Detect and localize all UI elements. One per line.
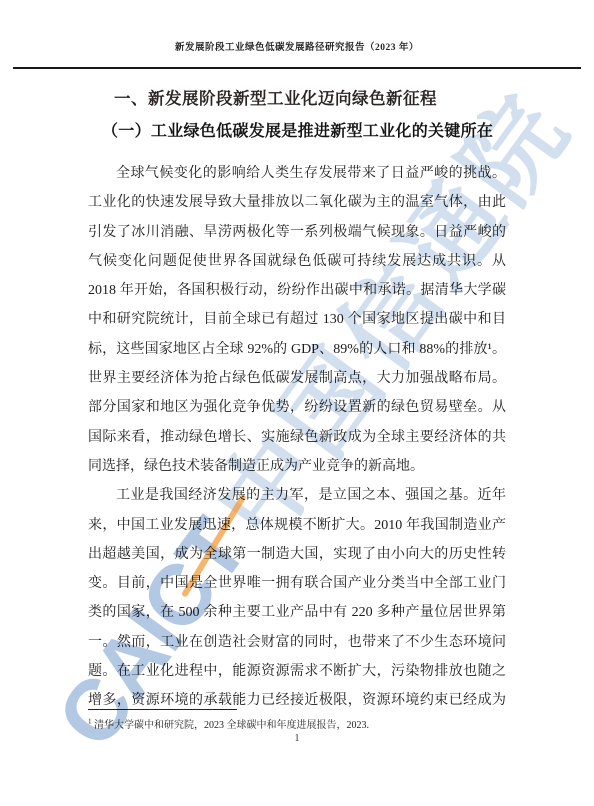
body-text: 全球气候变化的影响给人类生存发展带来了日益严峻的挑战。工业化的快速发展导致大量排… xyxy=(88,159,506,716)
body-line: 增多，资源环境的承载能力已经接近极限，资源环境约束已经成为 xyxy=(88,686,506,715)
body-line: 来，中国工业发展迅速，总体规模不断扩大。2010 年我国制造业产 xyxy=(88,511,506,540)
body-line: 全球气候变化的影响给人类生存发展带来了日益严峻的挑战。 xyxy=(88,159,506,188)
header-rule xyxy=(13,67,581,69)
body-line: 工业是我国经济发展的主力军，是立国之本、强国之基。近年 xyxy=(88,481,506,510)
body-line: 引发了冰川消融、旱涝两极化等一系列极端气候现象。日益严峻的 xyxy=(88,218,506,247)
footnote: 1 清华大学碳中和研究院，2023 全球碳中和年度进展报告，2023. xyxy=(88,716,506,731)
body-line: 标，这些国家地区占全球 92%的 GDP、89%的人口和 88%的排放¹。 xyxy=(88,335,506,364)
footnote-text: 清华大学碳中和研究院，2023 全球碳中和年度进展报告，2023. xyxy=(94,720,369,731)
section-heading: 一、新发展阶段新型工业化迈向绿色新征程 xyxy=(114,85,437,109)
body-line: 一。然而，工业在创造社会财富的同时，也带来了不少生态环境问 xyxy=(88,628,506,657)
body-line: 国际来看，推动绿色增长、实施绿色新政成为全球主要经济体的共 xyxy=(88,423,506,452)
document-page: 新发展阶段工业绿色低碳发展路径研究报告（2023 年） 一、新发展阶段新型工业化… xyxy=(0,0,594,806)
body-line: 出超越美国，成为全球第一制造大国，实现了由小向大的历史性转 xyxy=(88,540,506,569)
body-line: 部分国家和地区为强化竞争优势，纷纷设置新的绿色贸易壁垒。从 xyxy=(88,393,506,422)
body-line: 题。在工业化进程中，能源资源需求不断扩大，污染物排放也随之 xyxy=(88,657,506,686)
body-line: 2018 年开始，各国积极行动，纷纷作出碳中和承诺。据清华大学碳 xyxy=(88,276,506,305)
subsection-heading: （一）工业绿色低碳发展是推进新型工业化的关键所在 xyxy=(102,118,493,141)
body-line: 工业化的快速发展导致大量排放以二氧化碳为主的温室气体，由此 xyxy=(88,188,506,217)
body-line: 中和研究院统计，目前全球已有超过 130 个国家地区提出碳中和目 xyxy=(88,305,506,334)
body-line: 世界主要经济体为抢占绿色低碳发展制高点，大力加强战略布局。 xyxy=(88,364,506,393)
page-number: 1 xyxy=(0,733,594,744)
body-line: 气候变化问题促使世界各国就绿色低碳可持续发展达成共识。从 xyxy=(88,247,506,276)
body-line: 变。目前，中国是全世界唯一拥有联合国产业分类当中全部工业门 xyxy=(88,569,506,598)
footnote-marker: 1 xyxy=(88,718,92,726)
body-line: 类的国家，在 500 余种主要工业产品中有 220 多种产量位居世界第 xyxy=(88,598,506,627)
body-line: 同选择，绿色技术装备制造正成为产业竞争的新高地。 xyxy=(88,452,506,481)
footnote-rule xyxy=(88,709,237,710)
header-title: 新发展阶段工业绿色低碳发展路径研究报告（2023 年） xyxy=(0,39,594,53)
